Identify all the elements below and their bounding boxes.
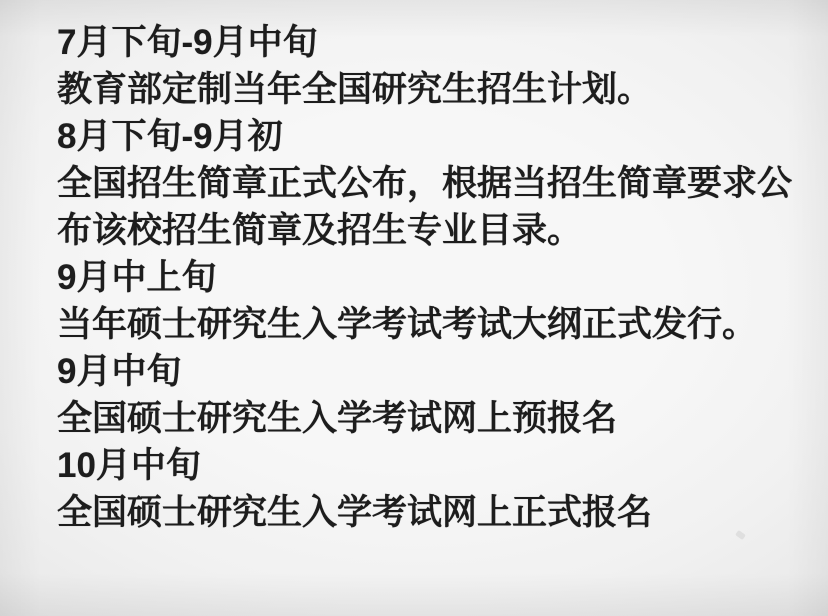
- timeline-description: 全国硕士研究生入学考试网上正式报名: [57, 489, 799, 536]
- timeline-description: 当年硕士研究生入学考试考试大纲正式发行。: [57, 301, 799, 348]
- admission-timeline: 7月下旬-9月中旬 教育部定制当年全国研究生招生计划。 8月下旬-9月初 全国招…: [57, 19, 799, 536]
- timeline-period: 9月中旬: [57, 348, 799, 395]
- timeline-period: 9月中上旬: [57, 254, 799, 301]
- photographed-text-page: { "page": { "background_color": "#f1f1f1…: [0, 0, 828, 616]
- timeline-period: 10月中旬: [57, 442, 799, 489]
- timeline-description: 全国硕士研究生入学考试网上预报名: [57, 395, 799, 442]
- timeline-period: 8月下旬-9月初: [57, 113, 799, 160]
- timeline-description: 教育部定制当年全国研究生招生计划。: [57, 66, 799, 113]
- timeline-period: 7月下旬-9月中旬: [57, 19, 799, 66]
- timeline-description: 全国招生简章正式公布，根据当招生简章要求公布该校招生简章及招生专业目录。: [57, 160, 799, 254]
